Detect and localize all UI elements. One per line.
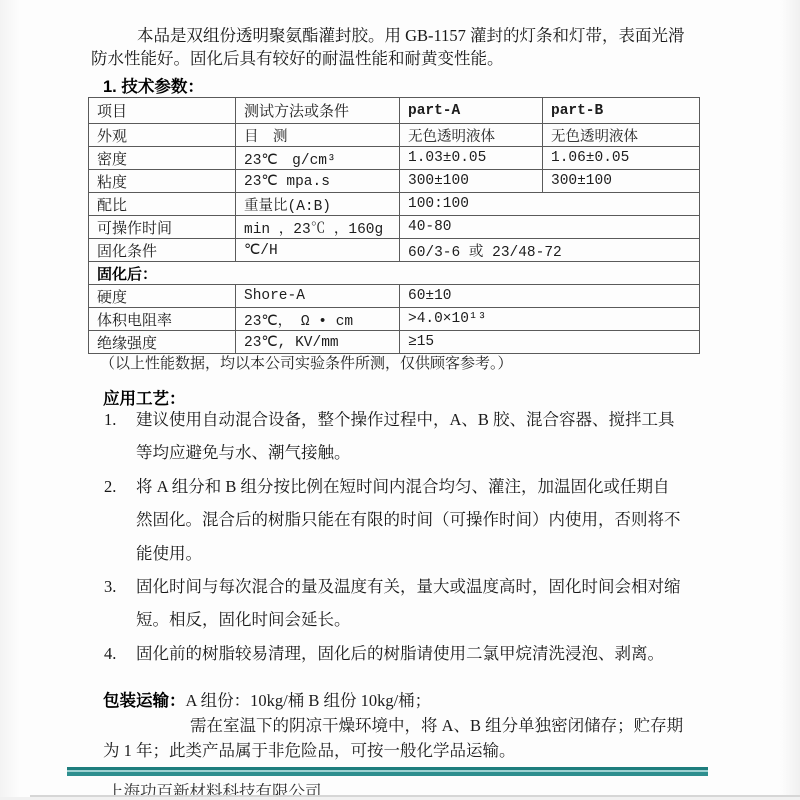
cell-part-a: 1.03±0.05: [400, 147, 543, 170]
intro-line: 防水性能好。固化后具有较好的耐温性能和耐黄变性能。: [91, 47, 715, 70]
cell-value: 60±10: [400, 285, 700, 308]
process-line: 然固化。混合后的树脂只能在有限的时间（可操作时间）内使用，否则将不: [136, 503, 715, 536]
table-row-cure-condition: 固化条件 ℃/H 60/3-6 或 23/48-72: [89, 239, 700, 262]
cell-method: 23℃， Ω • cm: [236, 308, 400, 331]
document-page: 本品是双组份透明聚氨酯灌封胶。用 GB-1157 灌封的灯条和灯带，表面光滑 防…: [0, 0, 800, 800]
cell-method: 23℃ mpa.s: [236, 170, 400, 193]
intro-line: 本品是双组份透明聚氨酯灌封胶。用 GB-1157 灌封的灯条和灯带，表面光滑: [91, 24, 715, 47]
process-item-4: 4. 固化前的树脂较易清理，固化后的树脂请使用二氯甲烷清洗浸泡、剥离。: [103, 637, 715, 670]
process-item-2: 2. 将 A 组分和 B 组分按比例在短时间内混合均匀、灌注，加温固化或任期自 …: [103, 470, 715, 570]
table-row-dielectric-strength: 绝缘强度 23℃, KV/mm ≥15: [89, 331, 700, 354]
process-line: 等均应避免与水、潮气接触。: [136, 436, 715, 469]
cell-item: 密度: [89, 147, 236, 170]
process-line: 短。相反，固化时间会延长。: [136, 603, 715, 636]
cell-method: ℃/H: [236, 239, 400, 262]
process-line: 能使用。: [136, 537, 715, 570]
packaging-line-2: 需在室温下的阴凉干燥环境中，将 A、B 组分单独密闭储存；贮存期: [190, 712, 683, 736]
packaging-line-1: 包装运输：A 组份：10kg/桶 B 组份 10kg/桶；: [103, 687, 431, 711]
cell-value: >4.0×10¹³: [400, 308, 700, 331]
cell-value: 40-80: [400, 216, 700, 239]
col-header-method: 测试方法或条件: [236, 98, 400, 124]
cell-item: 绝缘强度: [89, 331, 236, 354]
tech-params-heading: 1. 技术参数：: [103, 73, 204, 97]
table-row-appearance: 外观 目 测 无色透明液体 无色透明液体: [89, 124, 700, 147]
cell-value: 100:100: [400, 193, 700, 216]
process-item-number: 1.: [104, 403, 116, 436]
cell-item: 可操作时间: [89, 216, 236, 239]
table-row-viscosity: 粘度 23℃ mpa.s 300±100 300±100: [89, 170, 700, 193]
table-row-after-cure-section: 固化后：: [89, 262, 700, 285]
cell-item: 固化条件: [89, 239, 236, 262]
table-note: （以上性能数据，均以本公司实验条件所测，仅供顾客参考。）: [100, 352, 513, 373]
cell-method: 重量比(A:B): [236, 193, 400, 216]
table-row-volume-resistivity: 体积电阻率 23℃， Ω • cm >4.0×10¹³: [89, 308, 700, 331]
cell-value: ≥15: [400, 331, 700, 354]
cell-item: 粘度: [89, 170, 236, 193]
process-item-3: 3. 固化时间与每次混合的量及温度有关，量大或温度高时，固化时间会相对缩 短。相…: [103, 570, 715, 637]
col-header-part-b: part-B: [543, 98, 700, 124]
col-header-part-a: part-A: [400, 98, 543, 124]
process-list: 1. 建议使用自动混合设备，整个操作过程中，A、B 胶、混合容器、搅拌工具 等均…: [103, 403, 715, 670]
table-row-density: 密度 23℃ g/cm³ 1.03±0.05 1.06±0.05: [89, 147, 700, 170]
cell-section-label: 固化后：: [89, 262, 700, 285]
process-item-number: 2.: [104, 470, 116, 503]
process-item-number: 4.: [104, 637, 116, 670]
cell-method: 23℃, KV/mm: [236, 331, 400, 354]
process-line: 建议使用自动混合设备，整个操作过程中，A、B 胶、混合容器、搅拌工具: [136, 403, 715, 436]
process-item-number: 3.: [104, 570, 116, 603]
cell-value: 60/3-6 或 23/48-72: [400, 239, 700, 262]
col-header-item: 项目: [89, 98, 236, 124]
cell-part-a: 无色透明液体: [400, 124, 543, 147]
cell-item: 体积电阻率: [89, 308, 236, 331]
process-line: 固化时间与每次混合的量及温度有关，量大或温度高时，固化时间会相对缩: [136, 570, 715, 603]
cell-method: 目 测: [236, 124, 400, 147]
process-line: 将 A 组分和 B 组分按比例在短时间内混合均匀、灌注，加温固化或任期自: [136, 470, 715, 503]
cell-method: Shore-A: [236, 285, 400, 308]
cell-part-b: 300±100: [543, 170, 700, 193]
table-header-row: 项目 测试方法或条件 part-A part-B: [89, 98, 700, 124]
cell-item: 外观: [89, 124, 236, 147]
table-row-hardness: 硬度 Shore-A 60±10: [89, 285, 700, 308]
intro-paragraph: 本品是双组份透明聚氨酯灌封胶。用 GB-1157 灌封的灯条和灯带，表面光滑 防…: [91, 24, 715, 70]
cell-method: 23℃ g/cm³: [236, 147, 400, 170]
cell-item: 硬度: [89, 285, 236, 308]
packaging-label: 包装运输：: [103, 692, 186, 710]
cell-part-b: 无色透明液体: [543, 124, 700, 147]
cell-item: 配比: [89, 193, 236, 216]
process-line: 固化前的树脂较易清理，固化后的树脂请使用二氯甲烷清洗浸泡、剥离。: [136, 637, 715, 670]
cell-method: min ，23℃ ，160g: [236, 216, 400, 239]
table-row-worktime: 可操作时间 min ，23℃ ，160g 40-80: [89, 216, 700, 239]
cell-part-a: 300±100: [400, 170, 543, 193]
cell-part-b: 1.06±0.05: [543, 147, 700, 170]
footer-accent-rule: [67, 767, 708, 776]
packaging-line-3: 为 1 年；此类产品属于非危险品，可按一般化学品运输。: [103, 737, 516, 761]
table-row-ratio: 配比 重量比(A:B) 100:100: [89, 193, 700, 216]
process-item-1: 1. 建议使用自动混合设备，整个操作过程中，A、B 胶、混合容器、搅拌工具 等均…: [103, 403, 715, 470]
packaging-text: A 组份：10kg/桶 B 组份 10kg/桶；: [186, 691, 432, 710]
tech-params-table: 项目 测试方法或条件 part-A part-B 外观 目 测 无色透明液体 无…: [88, 97, 700, 354]
